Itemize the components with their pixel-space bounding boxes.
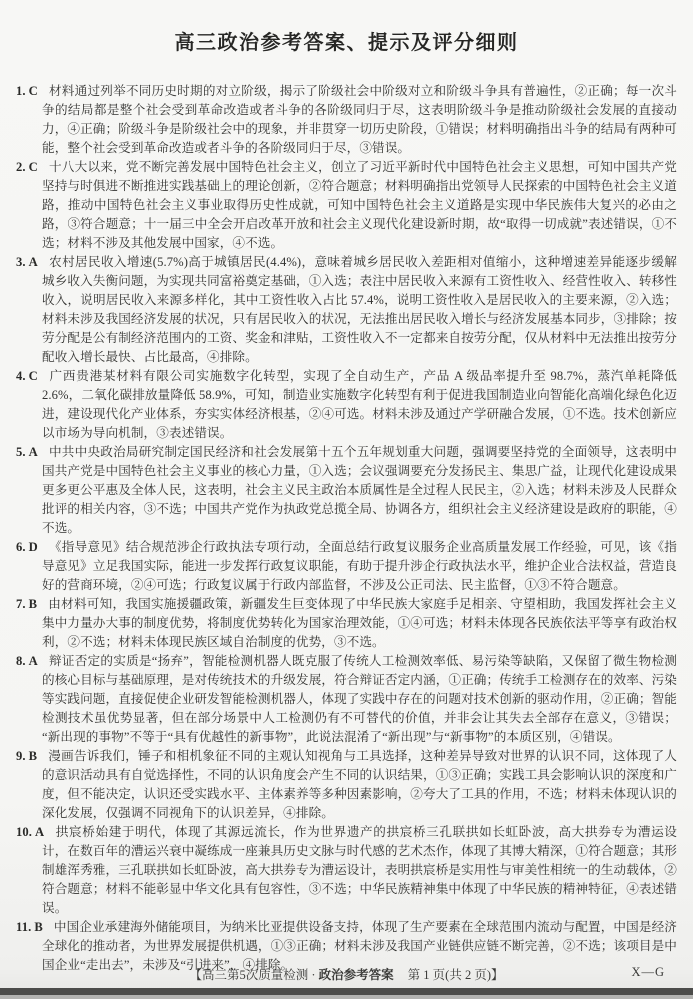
- answers-list: 1.C材料通过列举不同历史时期的对立阶级，揭示了阶级社会中阶级对立和阶级斗争具有…: [16, 82, 677, 975]
- answer-item-4: 4.C广西贵港某材料有限公司实施数字化转型，实现了全自动生产，产品 A 级品率提…: [16, 367, 677, 443]
- item-answer: A: [29, 445, 38, 459]
- answer-item-8: 8.A辩证否定的实质是“扬弃”，智能检测机器人既克服了传统人工检测效率低、易污染…: [16, 652, 677, 747]
- item-explanation: 中共中央政治局研究制定国民经济和社会发展第十五个五年规划重大问题，强调要坚持党的…: [42, 445, 677, 535]
- item-number: 10.: [16, 825, 32, 839]
- footer-page-info: 第 1 页(共 2 页)】: [408, 968, 504, 982]
- item-answer: A: [35, 825, 44, 839]
- item-number: 3.: [16, 255, 26, 269]
- item-number: 8.: [16, 654, 26, 668]
- item-number: 9.: [16, 749, 26, 763]
- answer-item-2: 2.C十八大以来，党不断完善发展中国特色社会主义，创立了习近平新时代中国特色社会…: [16, 158, 677, 253]
- item-answer: C: [29, 369, 38, 383]
- item-explanation: 广西贵港某材料有限公司实施数字化转型，实现了全自动生产，产品 A 级品率提升至 …: [42, 369, 677, 440]
- footer-exam-label: 【高三第5次质量检测 ·: [189, 968, 318, 982]
- item-number: 2.: [16, 160, 26, 174]
- footer-paper-code: X—G: [631, 965, 665, 980]
- item-number: 1.: [16, 84, 26, 98]
- page-footer: 【高三第5次质量检测 · 政治参考答案第 1 页(共 2 页)】 X—G: [0, 965, 693, 983]
- answer-item-7: 7.B由材料可知，我国实施援疆政策，新疆发生巨变体现了中华民族大家庭手足相亲、守…: [16, 595, 677, 652]
- scanned-answer-sheet-page: 高三政治参考答案、提示及评分细则 1.C材料通过列举不同历史时期的对立阶级，揭示…: [0, 0, 693, 999]
- item-answer: A: [29, 654, 38, 668]
- item-answer: B: [34, 920, 43, 934]
- item-explanation: 《指导意见》结合规范涉企行政执法专项行动，全面总结行政复议服务企业高质量发展工作…: [42, 540, 677, 592]
- item-number: 5.: [16, 445, 26, 459]
- item-explanation: 拱宸桥始建于明代，体现了其源远流长，作为世界遗产的拱宸桥三孔联拱如长虹卧波，高大…: [42, 825, 677, 915]
- scan-edge-shadow: [0, 988, 693, 995]
- page-title: 高三政治参考答案、提示及评分细则: [0, 0, 693, 55]
- item-explanation: 由材料可知，我国实施援疆政策，新疆发生巨变体现了中华民族大家庭手足相亲、守望相助…: [42, 597, 677, 649]
- item-explanation: 漫画告诉我们，锤子和相机象征不同的主观认知视角与工具选择，这种差异导致对世界的认…: [42, 749, 677, 820]
- item-number: 11.: [16, 920, 31, 934]
- answer-item-6: 6.D《指导意见》结合规范涉企行政执法专项行动，全面总结行政复议服务企业高质量发…: [16, 538, 677, 595]
- item-answer: B: [29, 597, 38, 611]
- item-answer: A: [29, 255, 38, 269]
- footer-subject: 政治参考答案: [319, 968, 394, 982]
- answer-item-1: 1.C材料通过列举不同历史时期的对立阶级，揭示了阶级社会中阶级对立和阶级斗争具有…: [16, 82, 677, 158]
- answer-item-9: 9.B漫画告诉我们，锤子和相机象征不同的主观认知视角与工具选择，这种差异导致对世…: [16, 747, 677, 823]
- item-explanation: 农村居民收入增速(5.7%)高于城镇居民(4.4%)，意味着城乡居民收入差距相对…: [42, 255, 677, 364]
- item-answer: C: [29, 84, 38, 98]
- answer-item-3: 3.A农村居民收入增速(5.7%)高于城镇居民(4.4%)，意味着城乡居民收入差…: [16, 253, 677, 367]
- item-number: 4.: [16, 369, 26, 383]
- scan-edge-highlight: [0, 995, 693, 999]
- item-explanation: 材料通过列举不同历史时期的对立阶级，揭示了阶级社会中阶级对立和阶级斗争具有普遍性…: [42, 84, 677, 155]
- item-number: 7.: [16, 597, 26, 611]
- item-number: 6.: [16, 540, 26, 554]
- item-explanation: 十八大以来，党不断完善发展中国特色社会主义，创立了习近平新时代中国特色社会主义思…: [42, 160, 677, 250]
- item-explanation: 辩证否定的实质是“扬弃”，智能检测机器人既克服了传统人工检测效率低、易污染等缺陷…: [42, 654, 677, 744]
- item-answer: C: [29, 160, 38, 174]
- answer-item-5: 5.A中共中央政治局研究制定国民经济和社会发展第十五个五年规划重大问题，强调要坚…: [16, 443, 677, 538]
- answer-item-10: 10.A拱宸桥始建于明代，体现了其源远流长，作为世界遗产的拱宸桥三孔联拱如长虹卧…: [16, 823, 677, 918]
- footer-caption: 【高三第5次质量检测 · 政治参考答案第 1 页(共 2 页)】: [0, 965, 693, 983]
- item-answer: B: [29, 749, 38, 763]
- item-answer: D: [29, 540, 38, 554]
